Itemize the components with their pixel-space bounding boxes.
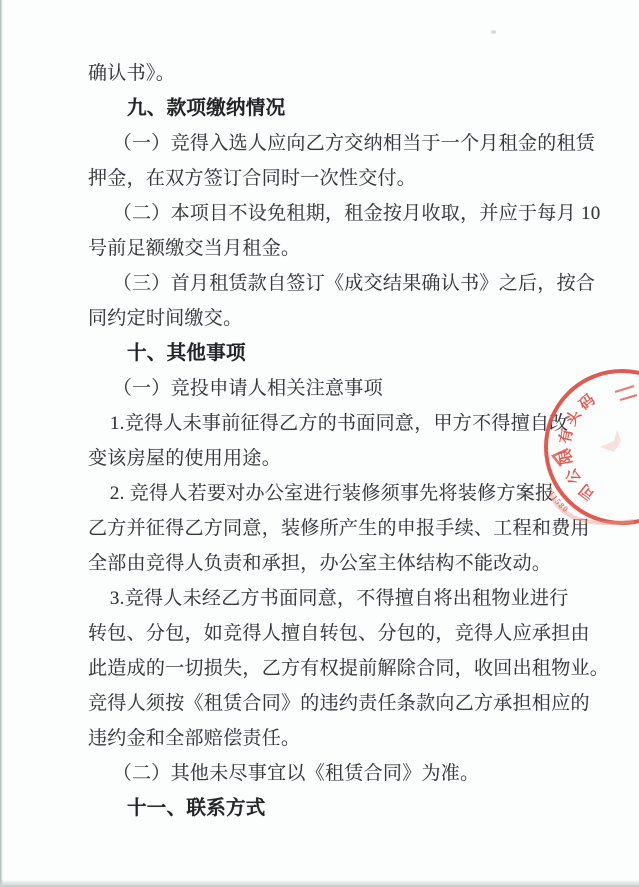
- text-line: （一）竞得入选人应向乙方交纳相当于一个月租金的租赁: [88, 126, 588, 161]
- seal-char: 有: [556, 427, 577, 445]
- text-line: 确认书》。: [88, 56, 588, 91]
- text-line: 乙方并征得乙方同意，装修所产生的申报手续、工程和费用: [88, 511, 588, 546]
- text-line: 全部由竞得人负责和承担，办公室主体结构不能改动。: [88, 546, 588, 581]
- scan-speckle: [491, 30, 496, 34]
- text-line: （二）其他未尽事宜以《租赁合同》为准。: [88, 756, 588, 791]
- seal-partial-char-strokes: [615, 386, 637, 400]
- text-line: （一）竞投申请人相关注意事项: [88, 371, 588, 406]
- text-line: 此造成的一切损失，乙方有权提前解除合同，收回出租物业。: [88, 651, 588, 686]
- text-line: 同约定时间缴交。: [88, 301, 588, 336]
- text-line: （二）本项目不设免租期，租金按月收取，并应于每月 10: [88, 196, 588, 231]
- text-line: 1.竞得人未事前征得乙方的书面同意，甲方不得擅自改: [88, 406, 588, 441]
- text-line: 十、其他事项: [88, 336, 588, 371]
- seal-char: 码: [576, 391, 598, 414]
- text-line: 号前足额缴交当月租金。: [88, 231, 588, 266]
- page: 确认书》。九、款项缴纳情况（一）竞得入选人应向乙方交纳相当于一个月租金的租赁押金…: [0, 0, 639, 887]
- text-line: 九、款项缴纳情况: [88, 91, 588, 126]
- text-line: 变该房屋的使用用途。: [88, 441, 588, 476]
- seal-arc-text: 码头有限公司: [556, 391, 599, 503]
- text-line: （三）首月租赁款自签订《成交结果确认书》之后，按合: [88, 266, 588, 301]
- text-line: 竞得人须按《租赁合同》的违约责任条款向乙方承担相应的: [88, 686, 588, 721]
- seal-star-tip: [600, 430, 621, 452]
- company-seal: 码头有限公司 711580: [538, 363, 639, 533]
- scan-edge-left: [0, 0, 3, 887]
- seal-char: 公: [562, 464, 585, 486]
- text-line: 3.竞得人未经乙方书面同意，不得擅自将出租物业进行: [88, 581, 588, 616]
- text-line: 2. 竞得人若要对办公室进行装修须事先将装修方案报: [88, 476, 588, 511]
- seal-char: 头: [562, 406, 585, 428]
- scan-edge-bottom: [0, 880, 639, 887]
- text-line: 转包、分包，如竞得人擅自转包、分包的，竞得人应承担由: [88, 616, 588, 651]
- text-line: 押金，在双方签订合同时一次性交付。: [88, 161, 588, 196]
- text-line: 违约金和全部赔偿责任。: [88, 721, 588, 756]
- document-body: 确认书》。九、款项缴纳情况（一）竞得入选人应向乙方交纳相当于一个月租金的租赁押金…: [88, 56, 588, 826]
- seal-char: 司: [575, 480, 598, 503]
- text-line: 十一、联系方式: [88, 791, 588, 826]
